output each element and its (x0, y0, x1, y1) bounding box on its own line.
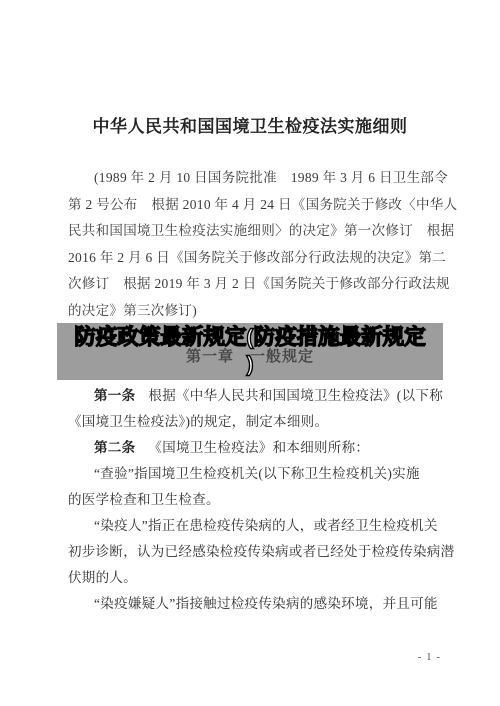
document-title: 中华人民共和国国境卫生检疫法实施细则 (0, 112, 500, 137)
body-line-text: 的医学检查和卫生检查。 (68, 492, 220, 507)
body-line: 第二条《国境卫生检疫法》和本细则所称： (68, 435, 446, 461)
body-line-text: 《国境卫生检疫法》和本细则所称： (148, 440, 369, 455)
document-page: 中华人民共和国国境卫生检疫法实施细则 (1989 年 2 月 10 日国务院批准… (0, 0, 500, 706)
body-line-text: “染疫嫌疑人”指接触过检疫传染病的感染环境，并且可能 (94, 596, 438, 611)
body-line: 第一条根据《中华人民共和国国境卫生检疫法》(以下称 (68, 383, 446, 409)
body-line: 初步诊断，认为已经感染检疫传染病或者已经处于检疫传染病潜 (68, 539, 446, 565)
preamble-line: 次修订 根据 2019 年 3 月 2 日《国务院关于修改部分行政法规 (68, 271, 446, 298)
preamble-line: 2016 年 2 月 6 日《国务院关于修改部分行政法规的决定》第二 (68, 245, 446, 272)
overlay-banner: 第一章 一般规定 防疫政策最新规定(防疫措施最新规定 ) (57, 323, 443, 380)
article-label: 第二条 (94, 440, 135, 455)
body-line: 的医学检查和卫生检查。 (68, 487, 446, 513)
article-label: 第一条 (94, 388, 135, 403)
body-line-text: “查验”指国境卫生检疫机关(以下称卫生检疫机关)实施 (94, 466, 420, 481)
preamble-line: 第 2 号公布 根据 2010 年 4 月 24 日《国务院关于修改〈中华人 (68, 192, 446, 219)
preamble-paragraph: (1989 年 2 月 10 日国务院批准 1989 年 3 月 6 日卫生部令… (68, 165, 446, 324)
body-line-text: “染疫人”指正在患检疫传染病的人，或者经卫生检疫机关 (94, 518, 438, 533)
body-line: 伏期的人。 (68, 565, 446, 591)
page-number: - 1 - (418, 651, 441, 663)
preamble-line: 民共和国国境卫生检疫法实施细则〉的决定》第一次修订 根据 (68, 218, 446, 245)
banner-title-line2: ) (57, 351, 443, 377)
body-line: “染疫嫌疑人”指接触过检疫传染病的感染环境，并且可能 (68, 591, 446, 617)
preamble-line: 的决定》第三次修订) (68, 298, 446, 325)
body-line: 《国境卫生检疫法》)的规定，制定本细则。 (68, 409, 446, 435)
body-line: “染疫人”指正在患检疫传染病的人，或者经卫生检疫机关 (68, 513, 446, 539)
body-line-text: 根据《中华人民共和国国境卫生检疫法》(以下称 (148, 388, 443, 403)
document-body: 第一条根据《中华人民共和国国境卫生检疫法》(以下称 《国境卫生检疫法》)的规定，… (68, 383, 446, 617)
body-line-text: 《国境卫生检疫法》)的规定，制定本细则。 (68, 414, 328, 429)
preamble-line: (1989 年 2 月 10 日国务院批准 1989 年 3 月 6 日卫生部令 (68, 165, 446, 192)
banner-title-line1: 防疫政策最新规定(防疫措施最新规定 (57, 324, 443, 350)
body-line-text: 伏期的人。 (68, 570, 137, 585)
body-line-text: 初步诊断，认为已经感染检疫传染病或者已经处于检疫传染病潜 (68, 544, 454, 559)
body-line: “查验”指国境卫生检疫机关(以下称卫生检疫机关)实施 (68, 461, 446, 487)
